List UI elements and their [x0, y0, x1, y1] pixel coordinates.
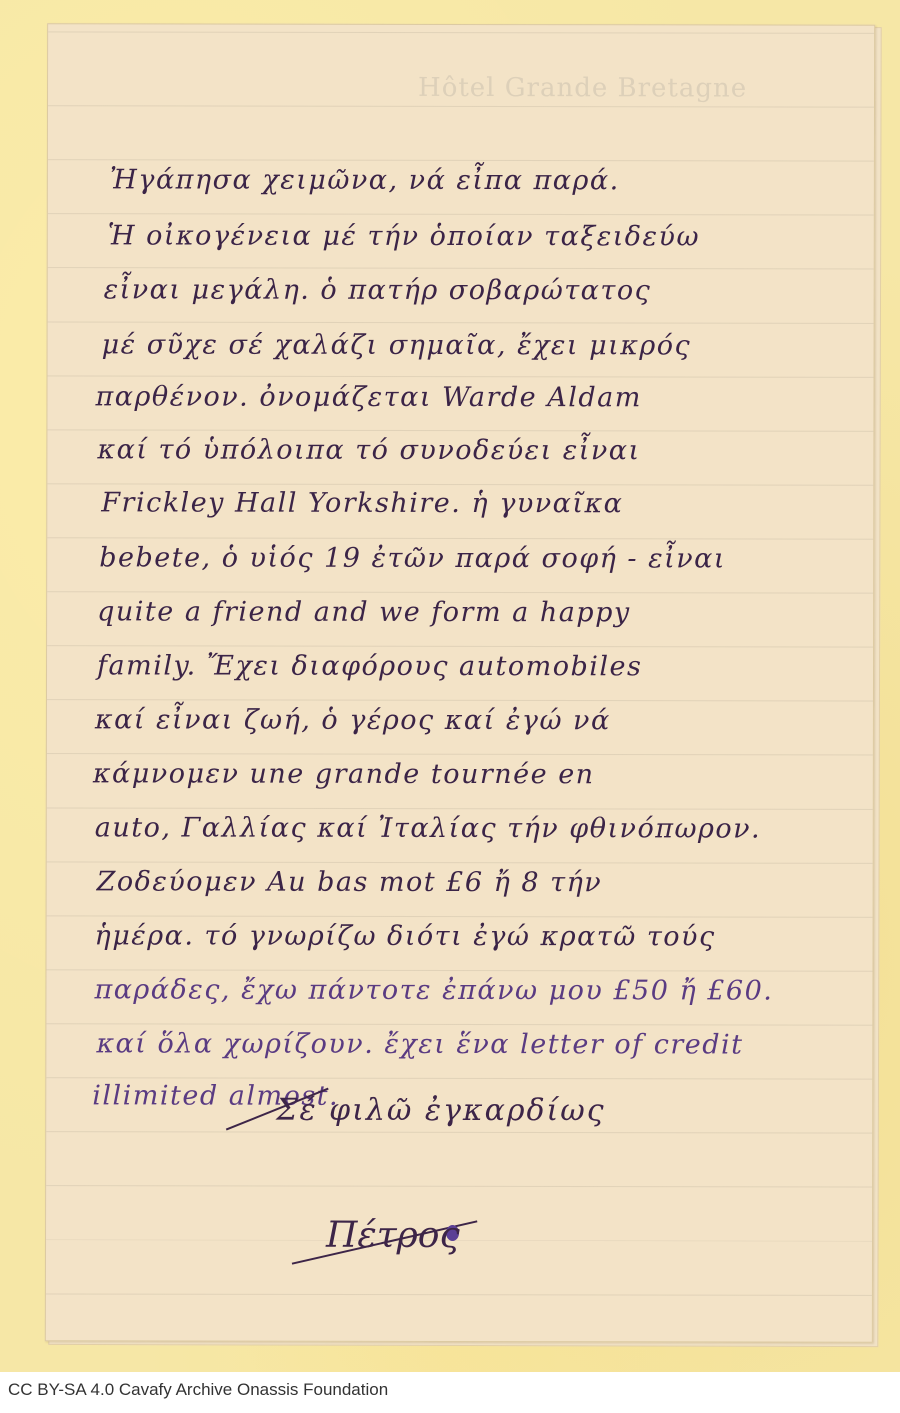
letter-line: ἡμέρα. τό γνωρίζω διότι ἐγώ κρατῶ τούς — [95, 920, 716, 952]
letter-line: παρθένον. ὀνομάζεται Warde Aldam — [95, 381, 641, 413]
letter-line: Ζοδεύομεν Au bas mot £6 ἤ 8 τήν — [97, 866, 603, 898]
letter-line: κάμνομεν une grande tournée en — [93, 758, 595, 790]
letter-line: Frickley Hall Yorkshire. ἡ γυναῖκα — [101, 487, 623, 519]
letterhead-watermark: Hôtel Grande Bretagne — [418, 73, 747, 104]
letter-line: family. Ἔχει διαφόρους automobiles — [97, 650, 642, 682]
license-credit: CC BY-SA 4.0 Cavafy Archive Onassis Foun… — [8, 1380, 388, 1400]
letter-line: auto, Γαλλίας καί Ἰταλίας τήν φθινόπωρον… — [95, 812, 761, 844]
letter-line: παράδες, ἔχω πάντοτε ἐπάνω μου £50 ἤ £60… — [94, 974, 773, 1006]
letter-line: Ἡ οἰκογένεια μέ τήν ὁποίαν ταξειδεύω — [108, 220, 700, 252]
letter-line: Ἠγάπησα χειμῶνα, νά εἶπα παρά. — [110, 164, 620, 196]
letter-line: bebete, ὁ υἱός 19 ἐτῶν παρά σοφή - εἶναι — [99, 542, 726, 574]
letter-line: καί εἶναι ζωή, ὁ γέρος καί ἐγώ νά — [95, 704, 611, 736]
letter-signature: Πέτρος — [326, 1215, 460, 1256]
letter-line: μέ σῦχε σέ χαλάζι σημαῖα, ἔχει μικρός — [102, 329, 692, 361]
letter-sheet: Hôtel Grande Bretagne Ἠγάπησα χειμῶνα, ν… — [45, 23, 875, 1342]
letter-line: quite a friend and we form a happy — [97, 596, 631, 628]
letter-line: καί ὅλα χωρίζουν. ἔχει ἕνα letter of cre… — [96, 1028, 743, 1060]
letter-closing: Σέ φιλῶ ἐγκαρδίως — [276, 1093, 605, 1129]
letter-line: καί τό ὑπόλοιπα τό συνοδεύει εἶναι — [97, 434, 640, 466]
letter-line: εἶναι μεγάλη. ὁ πατήρ σοβαρώτατος — [104, 274, 652, 306]
